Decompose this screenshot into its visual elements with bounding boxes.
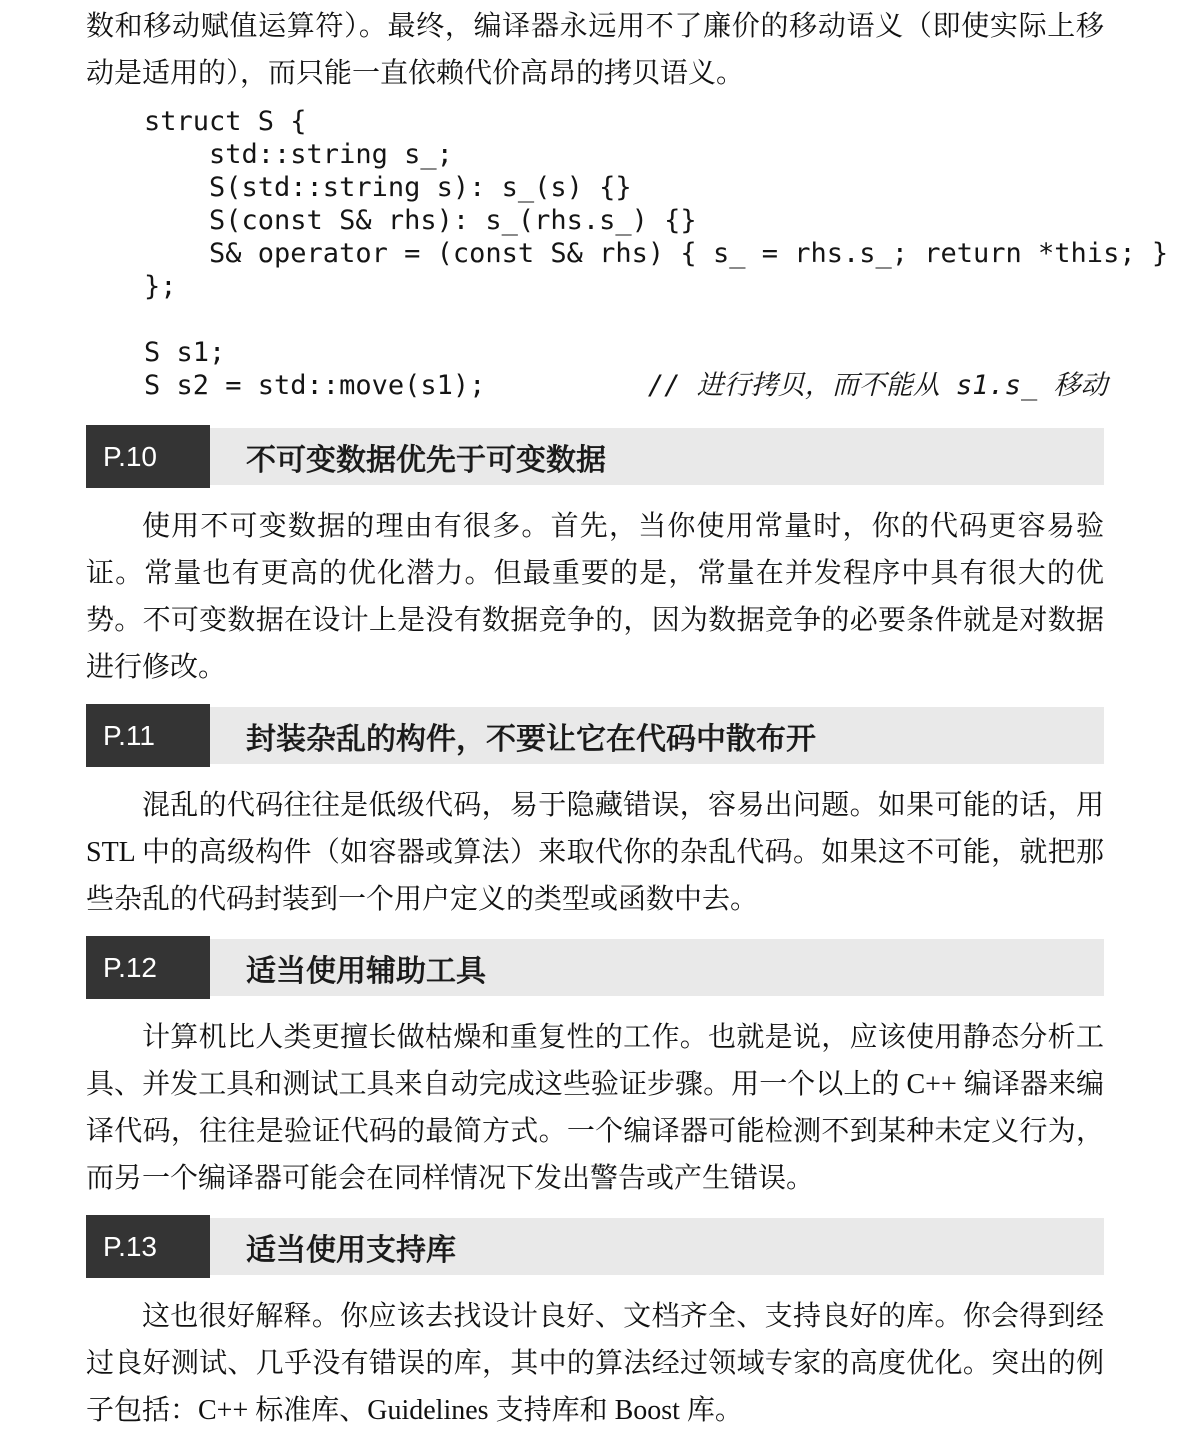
section-id-badge: P.10 — [86, 425, 210, 488]
section-title-bar: 适当使用辅助工具 — [210, 939, 1104, 996]
code-text: }; — [144, 271, 177, 302]
section-title: 适当使用支持库 — [246, 1225, 456, 1269]
section-title-bar: 适当使用支持库 — [210, 1218, 1104, 1275]
code-block: struct S { std::string s_; S(std::string… — [144, 105, 1104, 402]
guideline-section: P.11 封装杂乱的构件，不要让它在代码中散布开 混乱的代码往往是低级代码，易于… — [86, 704, 1104, 923]
section-paragraph: 混乱的代码往往是低级代码，易于隐藏错误，容易出问题。如果可能的话，用 STL 中… — [86, 782, 1104, 923]
guideline-section: P.10 不可变数据优先于可变数据 使用不可变数据的理由有很多。首先，当你使用常… — [86, 425, 1104, 691]
code-text: S& operator = (const S& rhs) { s_ = rhs.… — [144, 238, 1168, 269]
section-paragraph: 计算机比人类更擅长做枯燥和重复性的工作。也就是说，应该使用静态分析工具、并发工具… — [86, 1014, 1104, 1202]
code-text: std::string s_; — [144, 139, 453, 170]
code-line: struct S { — [144, 105, 1104, 138]
code-line: S& operator = (const S& rhs) { s_ = rhs.… — [144, 237, 1104, 270]
section-title-bar: 不可变数据优先于可变数据 — [210, 428, 1104, 485]
section-header: P.11 封装杂乱的构件，不要让它在代码中散布开 — [86, 704, 1104, 767]
section-header: P.12 适当使用辅助工具 — [86, 936, 1104, 999]
section-paragraph: 这也很好解释。你应该去找设计良好、文档齐全、支持良好的库。你会得到经过良好测试、… — [86, 1293, 1104, 1432]
code-line — [144, 303, 1104, 336]
section-title-bar: 封装杂乱的构件，不要让它在代码中散布开 — [210, 707, 1104, 764]
intro-paragraph: 数和移动赋值运算符）。最终，编译器永远用不了廉价的移动语义（即使实际上移动是适用… — [86, 3, 1104, 97]
code-line: S(std::string s): s_(s) {} — [144, 171, 1104, 204]
code-line: S s1; — [144, 336, 1104, 369]
section-title: 适当使用辅助工具 — [246, 946, 486, 990]
code-line: S s2 = std::move(s1); // 进行拷贝，而不能从 s1.s_… — [144, 369, 1104, 402]
code-text: S s1; — [144, 337, 225, 368]
section-id-badge: P.13 — [86, 1215, 210, 1278]
section-header: P.10 不可变数据优先于可变数据 — [86, 425, 1104, 488]
section-header: P.13 适当使用支持库 — [86, 1215, 1104, 1278]
code-line: }; — [144, 270, 1104, 303]
guideline-section: P.12 适当使用辅助工具 计算机比人类更擅长做枯燥和重复性的工作。也就是说，应… — [86, 936, 1104, 1202]
section-title: 不可变数据优先于可变数据 — [246, 435, 606, 479]
code-text: S(std::string s): s_(s) {} — [144, 172, 632, 203]
code-line: S(const S& rhs): s_(rhs.s_) {} — [144, 204, 1104, 237]
code-text: struct S { — [144, 106, 307, 137]
section-paragraph: 使用不可变数据的理由有很多。首先，当你使用常量时，你的代码更容易验证。常量也有更… — [86, 503, 1104, 691]
section-title: 封装杂乱的构件，不要让它在代码中散布开 — [246, 714, 816, 758]
section-id-badge: P.11 — [86, 704, 210, 767]
code-text: S s2 = std::move(s1); — [144, 370, 648, 401]
guideline-section: P.13 适当使用支持库 这也很好解释。你应该去找设计良好、文档齐全、支持良好的… — [86, 1215, 1104, 1432]
code-comment: // 进行拷贝，而不能从 s1.s_ 移动 — [648, 370, 1108, 401]
section-id-badge: P.12 — [86, 936, 210, 999]
code-text: S(const S& rhs): s_(rhs.s_) {} — [144, 205, 697, 236]
guideline-sections: P.10 不可变数据优先于可变数据 使用不可变数据的理由有很多。首先，当你使用常… — [86, 425, 1104, 1432]
code-line: std::string s_; — [144, 138, 1104, 171]
book-page: 数和移动赋值运算符）。最终，编译器永远用不了廉价的移动语义（即使实际上移动是适用… — [0, 0, 1202, 1432]
